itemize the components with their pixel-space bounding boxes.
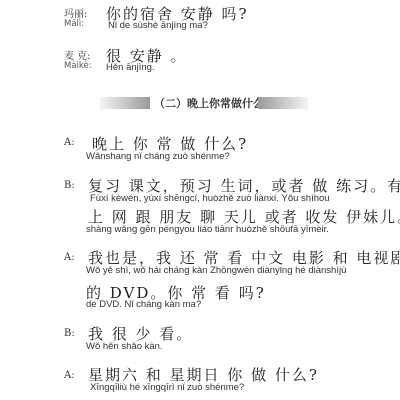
dialogue-line-pinyin: Xīngqīliù hé xīngqīrì nǐ zuò shénme? bbox=[90, 382, 244, 393]
speaker-label: B: bbox=[64, 328, 75, 339]
speaker-label: A: bbox=[64, 370, 75, 381]
dialogue-line-pinyin: Wǒ hěn shǎo kàn. bbox=[86, 341, 163, 352]
section-heading: （二）晚上你常做什么 bbox=[100, 97, 308, 109]
dialogue-line-pinyin: de DVD. Nǐ cháng kàn ma? bbox=[86, 299, 201, 310]
speaker-label: A: bbox=[64, 252, 75, 263]
speaker-pinyin: Mǎlì: bbox=[64, 19, 84, 29]
speaker-name: 玛丽: bbox=[64, 5, 87, 20]
heading-decoration-left bbox=[100, 97, 150, 109]
heading-decoration-right bbox=[258, 97, 308, 109]
dialogue-line-pinyin: Hěn ānjìng. bbox=[106, 62, 155, 73]
dialogue-line-pinyin: Nǐ de sùshè ānjìng ma? bbox=[108, 20, 208, 31]
speaker-pinyin: Màikè: bbox=[64, 61, 92, 71]
speaker-name: 麦 克: bbox=[64, 47, 91, 62]
speaker-label: A: bbox=[64, 137, 75, 148]
speaker-label: B: bbox=[64, 180, 75, 191]
dialogue-line-pinyin: shàng wǎng gēn péngyou liáo tiānr huòzhě… bbox=[86, 224, 329, 235]
dialogue-line-pinyin: Wǎnshang nǐ cháng zuò shénme? bbox=[86, 151, 230, 162]
dialogue-line-pinyin: Fùxí kèwén, yùxí shēngcí, huòzhě zuò lià… bbox=[90, 193, 330, 204]
dialogue-line-pinyin: Wǒ yě shì, wǒ hái cháng kàn Zhōngwén dià… bbox=[86, 265, 346, 276]
section-heading-text: （二）晚上你常做什么 bbox=[154, 95, 264, 111]
